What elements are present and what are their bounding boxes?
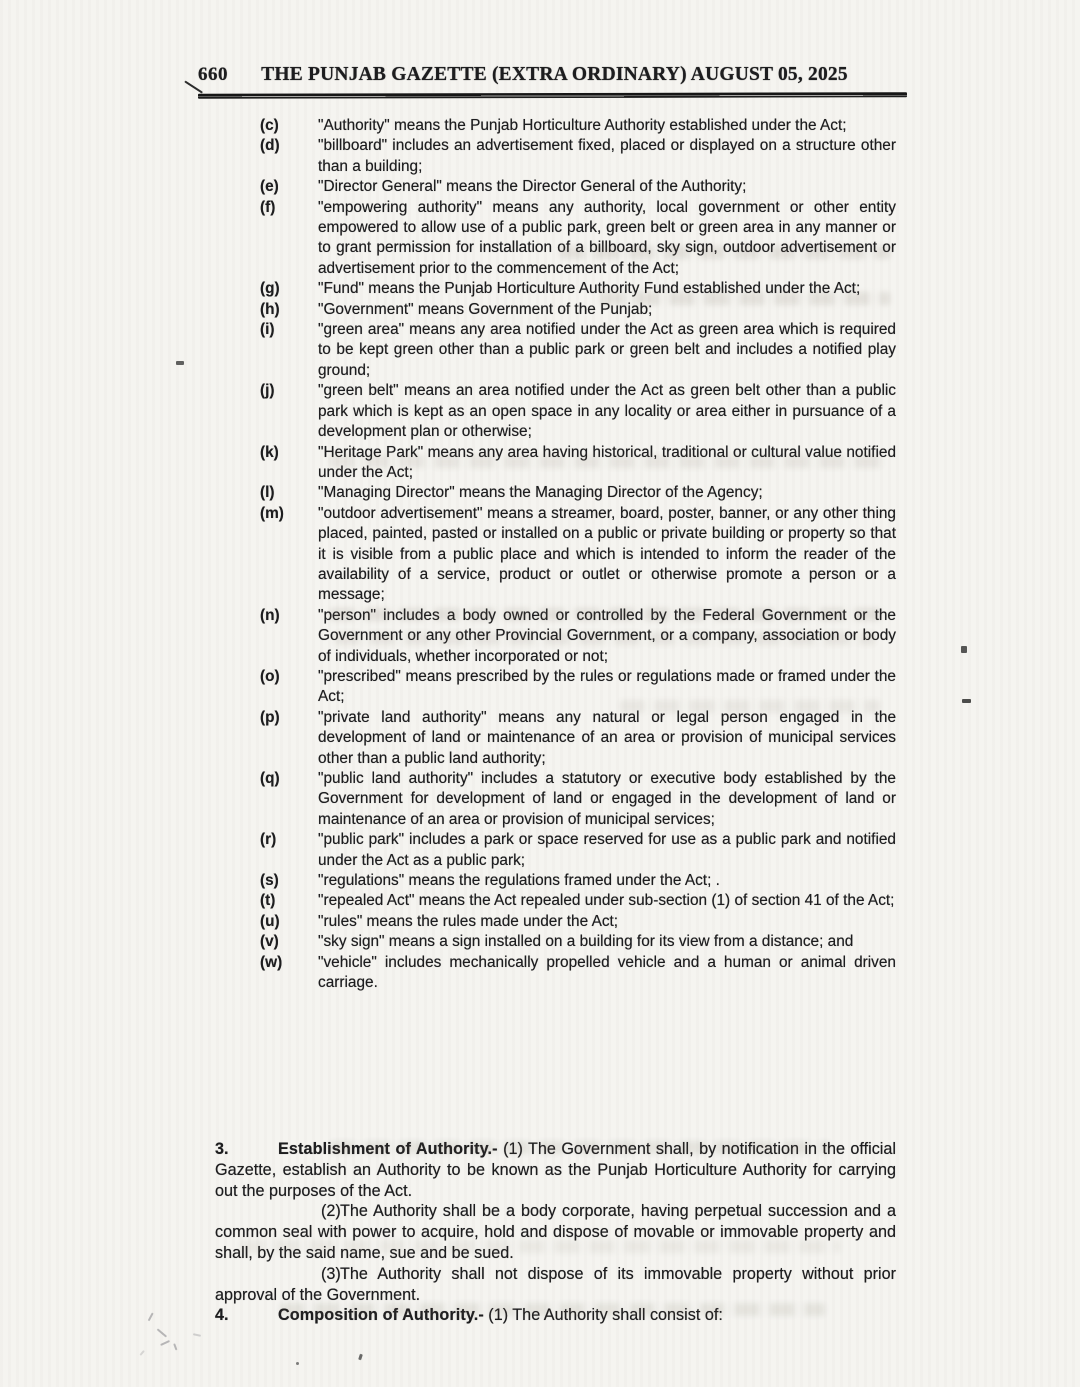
definition-text: "public park" includes a park or space r…	[318, 830, 896, 871]
definition-text: "Fund" means the Punjab Horticulture Aut…	[318, 279, 896, 299]
definition-label: (c)	[260, 116, 318, 136]
definition-text: "green area" means any area notified und…	[318, 320, 896, 381]
page-number: 660	[198, 64, 228, 86]
definition-text: "Managing Director" means the Managing D…	[318, 483, 896, 503]
definition-item: (n) "person" includes a body owned or co…	[215, 606, 896, 667]
paragraph-number: (2)	[268, 1201, 340, 1222]
definition-label: (s)	[260, 871, 318, 891]
section-3-paragraph-2: (2)The Authority shall be a body corpora…	[215, 1201, 896, 1263]
definition-item: (v) "sky sign" means a sign installed on…	[215, 932, 896, 952]
definition-label: (f)	[260, 198, 318, 280]
definition-label: (q)	[260, 769, 318, 830]
section-intro: (1) The Authority shall consist of:	[484, 1306, 723, 1324]
definition-text: "sky sign" means a sign installed on a b…	[318, 932, 896, 952]
definition-label: (u)	[260, 912, 318, 932]
definition-item: (w) "vehicle" includes mechanically prop…	[215, 953, 896, 994]
definition-label: (g)	[260, 279, 318, 299]
section-heading: Establishment of Authority.-	[278, 1140, 498, 1158]
ink-speck	[176, 361, 184, 365]
definition-item: (l) "Managing Director" means the Managi…	[215, 483, 896, 503]
pencil-mark	[193, 1333, 201, 1336]
definition-item: (u) "rules" means the rules made under t…	[215, 912, 896, 932]
definition-label: (k)	[260, 443, 318, 484]
definitions-list: (c) "Authority" means the Punjab Horticu…	[215, 116, 896, 993]
pencil-mark	[148, 1312, 154, 1321]
header-title: THE PUNJAB GAZETTE (EXTRA ORDINARY) AUGU…	[228, 64, 907, 87]
definition-item: (p) "private land authority" means any n…	[215, 708, 896, 769]
definition-item: (o) "prescribed" means prescribed by the…	[215, 667, 896, 708]
definition-text: "outdoor advertisement" means a streamer…	[318, 504, 896, 606]
definition-label: (d)	[260, 136, 318, 177]
definition-item: (s) "regulations" means the regulations …	[215, 871, 896, 891]
ink-speck	[358, 1354, 363, 1361]
definition-label: (t)	[260, 891, 318, 911]
definition-text: "Authority" means the Punjab Horticultur…	[318, 116, 896, 136]
definition-label: (w)	[260, 953, 318, 994]
header-rule	[198, 92, 907, 98]
definition-text: "Heritage Park" means any area having hi…	[318, 443, 896, 484]
page-header: 660 THE PUNJAB GAZETTE (EXTRA ORDINARY) …	[198, 64, 907, 98]
definition-text: "rules" means the rules made under the A…	[318, 912, 896, 932]
definition-item: (f) "empowering authority" means any aut…	[215, 198, 896, 280]
definition-item: (r) "public park" includes a park or spa…	[215, 830, 896, 871]
definition-item: (g) "Fund" means the Punjab Horticulture…	[215, 279, 896, 299]
definition-item: (j) "green belt" means an area notified …	[215, 381, 896, 442]
definition-item: (d) "billboard" includes an advertisemen…	[215, 136, 896, 177]
definition-text: "repealed Act" means the Act repealed un…	[318, 891, 896, 911]
definition-text: "empowering authority" means any authori…	[318, 198, 896, 280]
pencil-mark	[139, 1350, 144, 1356]
definition-label: (p)	[260, 708, 318, 769]
definition-label: (h)	[260, 300, 318, 320]
section-number: 3.	[215, 1139, 278, 1160]
definition-text: "green belt" means an area notified unde…	[318, 381, 896, 442]
definition-label: (r)	[260, 830, 318, 871]
definition-text: "public land authority" includes a statu…	[318, 769, 896, 830]
definition-label: (o)	[260, 667, 318, 708]
section-3-paragraph-3: (3)The Authority shall not dispose of it…	[215, 1264, 896, 1306]
definition-label: (n)	[260, 606, 318, 667]
definition-item: (q) "public land authority" includes a s…	[215, 769, 896, 830]
pencil-mark	[160, 1340, 170, 1346]
definition-item: (k) "Heritage Park" means any area havin…	[215, 443, 896, 484]
definition-item: (e) "Director General" means the Directo…	[215, 177, 896, 197]
definition-item: (t) "repealed Act" means the Act repeale…	[215, 891, 896, 911]
definition-text: "prescribed" means prescribed by the rul…	[318, 667, 896, 708]
ink-speck	[962, 699, 971, 703]
ink-speck	[296, 1362, 299, 1365]
definition-label: (j)	[260, 381, 318, 442]
section-3-lead: 3.Establishment of Authority.- (1) The G…	[215, 1139, 896, 1201]
definition-text: "Director General" means the Director Ge…	[318, 177, 896, 197]
section-number: 4.	[215, 1305, 278, 1326]
pencil-mark	[157, 1328, 167, 1337]
section-4-lead: 4.Composition of Authority.- (1) The Aut…	[215, 1305, 896, 1326]
definition-item: (m) "outdoor advertisement" means a stre…	[215, 504, 896, 606]
definition-item: (h) "Government" means Government of the…	[215, 300, 896, 320]
definition-text: "private land authority" means any natur…	[318, 708, 896, 769]
definition-label: (v)	[260, 932, 318, 952]
definition-label: (m)	[260, 504, 318, 606]
definition-label: (l)	[260, 483, 318, 503]
definition-item: (c) "Authority" means the Punjab Horticu…	[215, 116, 896, 136]
definition-item: (i) "green area" means any area notified…	[215, 320, 896, 381]
pencil-mark	[174, 1343, 178, 1350]
section-heading: Composition of Authority.-	[278, 1306, 484, 1324]
definition-text: "billboard" includes an advertisement fi…	[318, 136, 896, 177]
definition-text: "vehicle" includes mechanically propelle…	[318, 953, 896, 994]
sections: 3.Establishment of Authority.- (1) The G…	[215, 1139, 896, 1326]
ink-speck	[961, 646, 967, 653]
definition-label: (e)	[260, 177, 318, 197]
paragraph-number: (3)	[268, 1264, 340, 1285]
definition-text: "person" includes a body owned or contro…	[318, 606, 896, 667]
gazette-scanned-page: 660 THE PUNJAB GAZETTE (EXTRA ORDINARY) …	[0, 0, 1080, 1387]
definition-text: "regulations" means the regulations fram…	[318, 871, 896, 891]
definition-text: "Government" means Government of the Pun…	[318, 300, 896, 320]
definition-label: (i)	[260, 320, 318, 381]
